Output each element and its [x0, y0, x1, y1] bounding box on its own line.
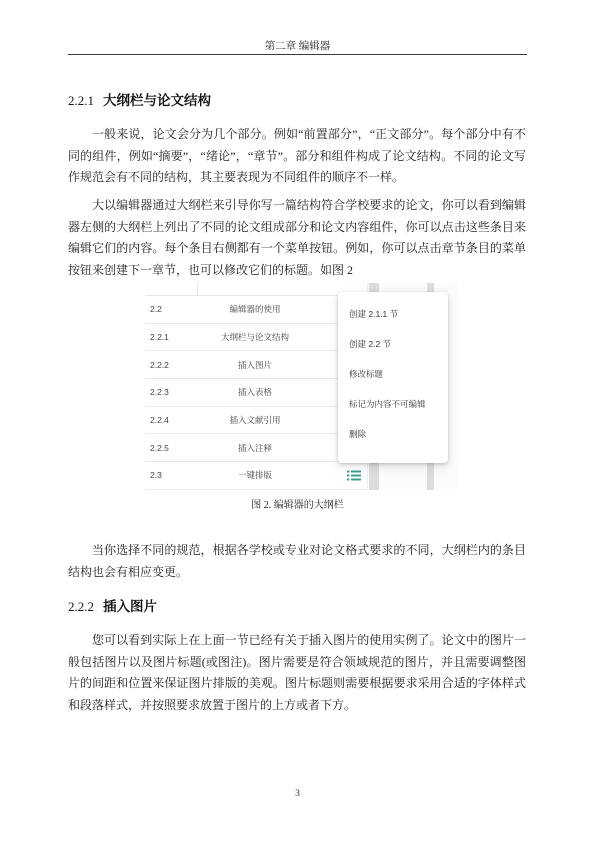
outline-row[interactable]: 2.2.2 插入图片 — [145, 351, 367, 379]
outline-row-title: 插入文献引用 — [200, 414, 310, 426]
outline-row-number: 2.2.1 — [145, 332, 200, 342]
body-paragraph: 一般来说，论文会分为几个部分。例如“前置部分”，“正文部分”。每个部分中有不同的… — [68, 124, 526, 189]
running-header: 第二章 编辑器 — [68, 41, 527, 53]
outline-panel: 2.2 编辑器的使用 2.2.1 大纲栏与论文结构 2.2.2 插入图片 2.2… — [145, 283, 368, 490]
context-menu: 创建 2.1.1 节 创建 2.2 节 修改标题 标记为内容不可编辑 删除 — [338, 292, 448, 463]
outline-row-title: 一键排版 — [200, 469, 310, 481]
outline-row-title: 编辑器的使用 — [200, 303, 310, 315]
figure-editor-outline-screenshot: 2.2 编辑器的使用 2.2.1 大纲栏与论文结构 2.2.2 插入图片 2.2… — [145, 283, 457, 490]
outline-row[interactable]: 2.3 一键排版 — [145, 462, 367, 490]
outline-row-number: 2.3 — [145, 470, 200, 480]
outline-row-title: 大纲栏与论文结构 — [200, 331, 310, 343]
outline-row-number: 2.2.3 — [145, 387, 200, 397]
outline-row[interactable]: 2.2.5 插入注释 — [145, 434, 367, 462]
body-paragraph: 当你选择不同的规范，根据各学校或专业对论文格式要求的不同，大纲栏内的条目结构也会… — [68, 540, 526, 583]
menu-item-mark-readonly[interactable]: 标记为内容不可编辑 — [338, 389, 448, 419]
figure-caption: 图 2. 编辑器的大纲栏 — [0, 496, 595, 511]
menu-item-create-subsection[interactable]: 创建 2.1.1 节 — [338, 299, 448, 329]
outline-row-number: 2.2.2 — [145, 360, 200, 370]
section-title: 大纲栏与论文结构 — [103, 93, 211, 108]
section-heading-2-2-1: 2.2.1大纲栏与论文结构 — [68, 93, 211, 108]
menu-item-delete[interactable]: 删除 — [338, 419, 448, 449]
outline-row-number: 2.2.5 — [145, 443, 200, 453]
section-title: 插入图片 — [103, 599, 157, 614]
outline-row-partial — [145, 283, 367, 296]
page-number: 3 — [0, 789, 595, 799]
section-number: 2.2.2 — [68, 599, 94, 614]
outline-row-title: 插入表格 — [200, 386, 310, 398]
column-divider — [197, 283, 198, 295]
row-menu-button[interactable] — [347, 470, 361, 481]
menu-item-create-section[interactable]: 创建 2.2 节 — [338, 329, 448, 359]
outline-row[interactable]: 2.2.1 大纲栏与论文结构 — [145, 324, 367, 352]
body-paragraph: 大以编辑器通过大纲栏来引导你写一篇结构符合学校要求的论文，你可以看到编辑器左侧的… — [68, 195, 526, 281]
document-page: 第二章 编辑器 2.2.1大纲栏与论文结构 一般来说，论文会分为几个部分。例如“… — [0, 0, 595, 842]
outline-row-title: 插入图片 — [200, 359, 310, 371]
outline-row[interactable]: 2.2 编辑器的使用 — [145, 296, 367, 324]
toc-list-icon — [347, 470, 361, 481]
outline-row-number: 2.2.4 — [145, 415, 200, 425]
menu-item-rename[interactable]: 修改标题 — [338, 359, 448, 389]
header-rule — [68, 54, 527, 55]
section-heading-2-2-2: 2.2.2插入图片 — [68, 599, 157, 614]
outline-row-number: 2.2 — [145, 304, 200, 314]
outline-row[interactable]: 2.2.3 插入表格 — [145, 379, 367, 407]
outline-row-title: 插入注释 — [200, 442, 310, 454]
outline-row[interactable]: 2.2.4 插入文献引用 — [145, 407, 367, 435]
body-paragraph: 您可以看到实际上在上面一节已经有关于插入图片的使用实例了。论文中的图片一般包括图… — [68, 630, 526, 716]
section-number: 2.2.1 — [68, 93, 94, 108]
